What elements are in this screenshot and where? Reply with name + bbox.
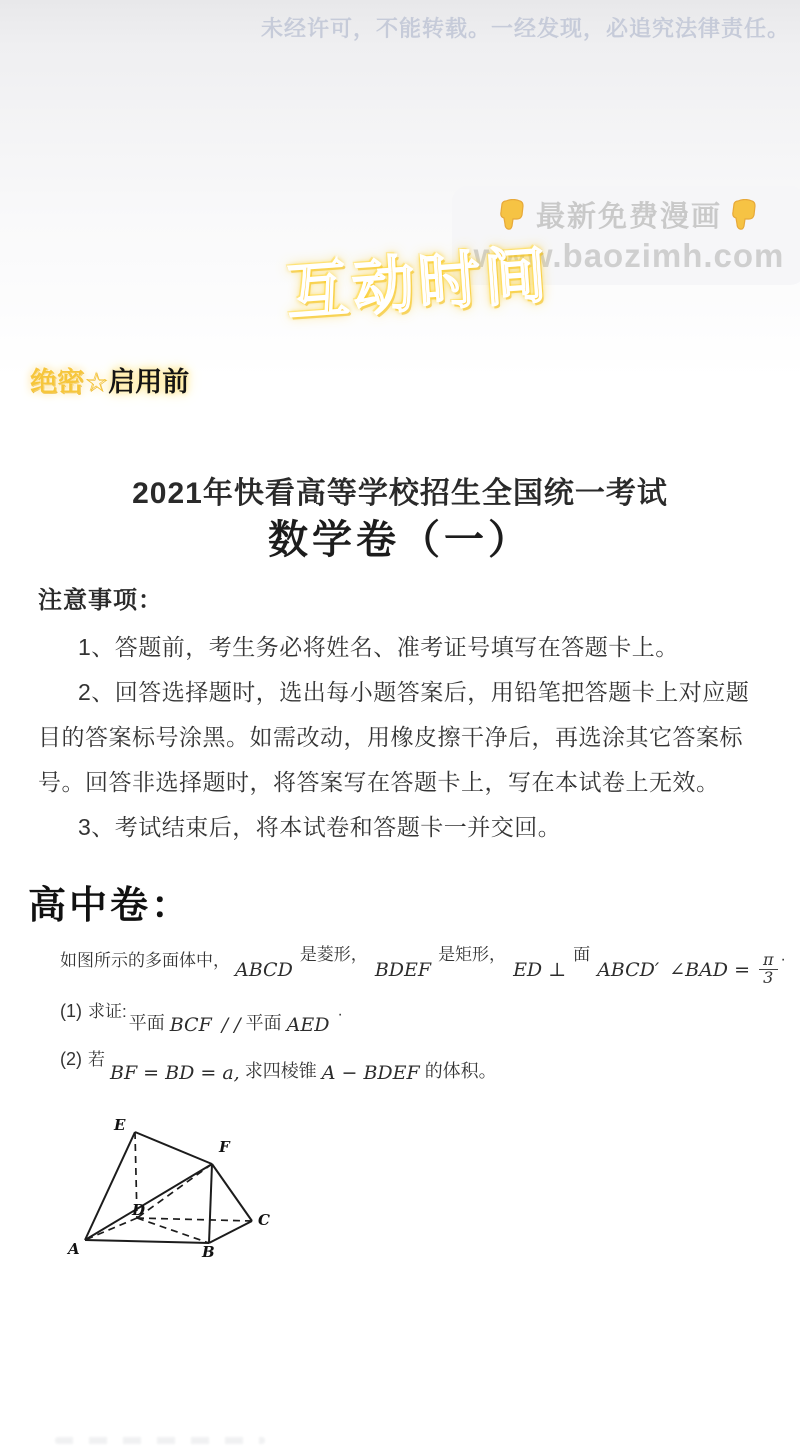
before-use-label: 启用前	[108, 367, 189, 397]
section-heading: 高中卷：	[28, 874, 192, 929]
figure-label-d: D	[131, 1201, 145, 1219]
classified-line: 绝密☆启用前	[30, 360, 189, 399]
q1-plane-a: 平面	[129, 1013, 165, 1033]
q2-volume-text: 的体积。	[425, 1061, 497, 1081]
notices-block: 注意事项： 1、答题前，考生务必将姓名、准考证号填写在答题卡上。 2、回答选择题…	[38, 580, 768, 850]
question-2-line: (2)若BF = BD = a,求四棱锥A − BDEF的体积。	[60, 1053, 760, 1079]
q2-math-bf-bd-a: BF = BD = a,	[110, 1062, 240, 1084]
notice-item-3: 3、考试结束后，将本试卷和答题卡一并交回。	[38, 805, 768, 850]
intro-rhombus-text: 是菱形，	[300, 945, 368, 964]
notice-item-1: 1、答题前，考生务必将姓名、准考证号填写在答题卡上。	[38, 625, 768, 670]
math-angle-bad: ∠BAD =	[669, 959, 750, 981]
math-abcd: ABCD	[235, 959, 293, 981]
secret-label: 绝密☆	[30, 367, 108, 397]
q1-math-aed: AED	[287, 1014, 330, 1036]
q1-parallel-slashes: / /	[222, 1014, 241, 1036]
figure-label-b: B	[201, 1243, 215, 1261]
q1-math-bcf: BCF	[170, 1014, 212, 1036]
notice-item-2: 2、回答选择题时，选出每小题答案后，用铅笔把答题卡上对应题目的答案标号涂黑。如需…	[38, 670, 768, 805]
question-2-number: (2)	[60, 1049, 82, 1069]
question-1-number: (1)	[60, 1001, 82, 1021]
math-abcd-prime: ABCD′	[597, 959, 659, 981]
q2-math-a-bdef: A − BDEF	[322, 1062, 420, 1084]
q1-plane-b: 平面	[246, 1013, 282, 1033]
finger-down-icon-right	[730, 199, 760, 231]
figure-label-a: A	[66, 1240, 80, 1258]
question-1-line: (1)求证:平面BCF/ /平面AED·	[60, 1005, 760, 1031]
stamp-title: 互动时间	[283, 225, 553, 332]
fraction-denominator: 3	[759, 970, 778, 987]
notices-heading: 注意事项：	[38, 580, 768, 615]
math-bdef: BDEF	[375, 959, 431, 981]
exam-title: 2021年快看高等学校招生全国统一考试	[0, 468, 800, 512]
figure-label-e: E	[113, 1116, 126, 1134]
exam-subtitle: 数学卷（一）	[0, 508, 800, 565]
math-ed-perp: ED ⊥	[513, 959, 566, 981]
figure-label-c: C	[258, 1211, 270, 1229]
promo-heading-text: 最新免费漫画	[536, 194, 722, 235]
polyhedron-svg: E F D C A B	[58, 1112, 298, 1272]
figure-label-f: F	[218, 1138, 231, 1156]
q1-tail-dot: ·	[337, 1006, 342, 1023]
problem-block: 如图所示的多面体中，ABCD是菱形，BDEF是矩形，ED ⊥面ABCD′∠BAD…	[60, 948, 760, 1079]
polyhedron-figure: E F D C A B	[58, 1112, 298, 1272]
intro-rect-text: 是矩形，	[438, 945, 506, 964]
fraction-pi-over-3: π3	[759, 952, 778, 987]
intro-tail-dot: ·	[781, 951, 786, 968]
problem-intro-line: 如图所示的多面体中，ABCD是菱形，BDEF是矩形，ED ⊥面ABCD′∠BAD…	[60, 948, 760, 983]
question-2-label: 若	[88, 1050, 105, 1069]
intro-text: 如图所示的多面体中，	[60, 951, 230, 970]
copyright-watermark: 未经许可，不能转载。一经发现，必追究法律责任。	[261, 12, 790, 43]
intro-plane-text: 面	[573, 945, 590, 964]
bottom-scan-artifact	[55, 1437, 265, 1444]
question-1-label: 求证:	[88, 1002, 127, 1021]
q2-pyramid-text: 求四棱锥	[245, 1061, 317, 1081]
